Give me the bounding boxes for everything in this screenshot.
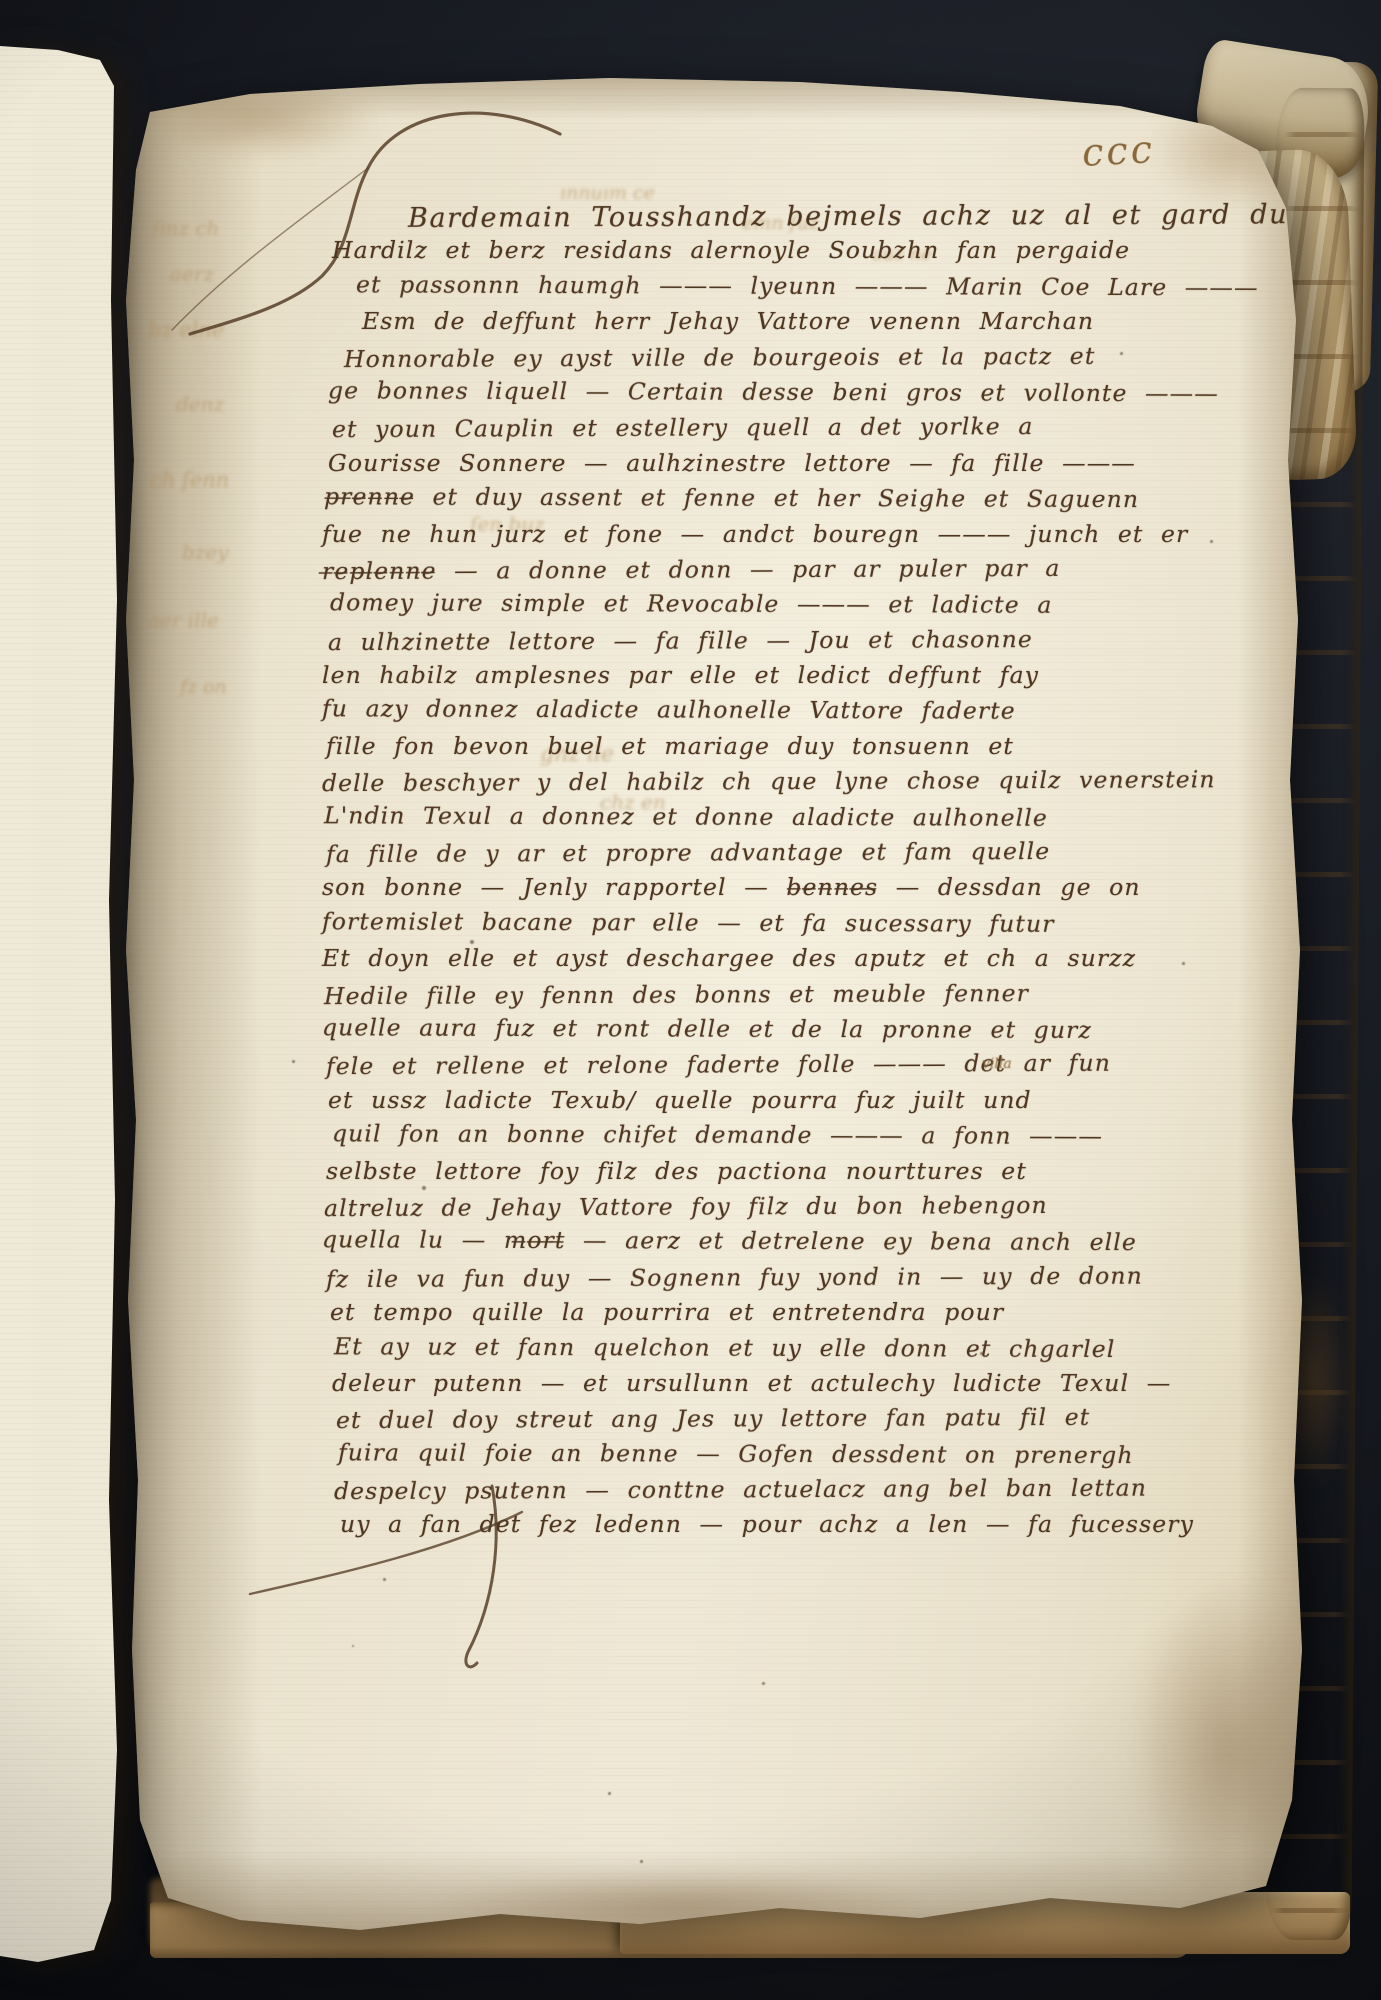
margin-fragment: ubegg illz: [1257, 565, 1377, 599]
previous-page-wrap: du copCurel yaushz buzbucl etrcullons ye…: [0, 0, 1381, 2000]
margin-fragment: Curel y: [1281, 210, 1378, 243]
margin-fragment: t Induul: [1280, 492, 1377, 523]
margin-fragment: du cop: [1298, 168, 1378, 198]
margin-fragment: et pulche: [1268, 374, 1378, 407]
margin-fragment: bucl et: [1290, 294, 1378, 326]
margin-fragment: bdz: [1324, 1221, 1375, 1284]
previous-page-edge: du copCurel yaushz buzbucl etrcullons ye…: [0, 0, 1381, 2000]
margin-fragment: ncz ch Lyul: [1244, 608, 1377, 639]
margin-fragment: machez du: [1251, 452, 1378, 485]
margin-fragment: elyz: [1322, 1059, 1371, 1126]
margin-fragment: ler: [1336, 1523, 1379, 1570]
photograph-of-manuscript: ccc ſmz chaerzbz elnedenzch ſennbzeyaer …: [0, 0, 1381, 2000]
margin-fragment: Mareschal: [1232, 855, 1379, 920]
margin-fragment: Rhaydup: [1264, 524, 1378, 561]
margin-fragment: aushz buz: [1260, 254, 1378, 288]
margin-fragment: rcullons y: [1252, 337, 1377, 372]
margin-fragment: lge: [1332, 1386, 1376, 1439]
margin-fragment: paie: [1302, 663, 1380, 713]
margin-fragment: Ʒromett: [1268, 408, 1378, 450]
